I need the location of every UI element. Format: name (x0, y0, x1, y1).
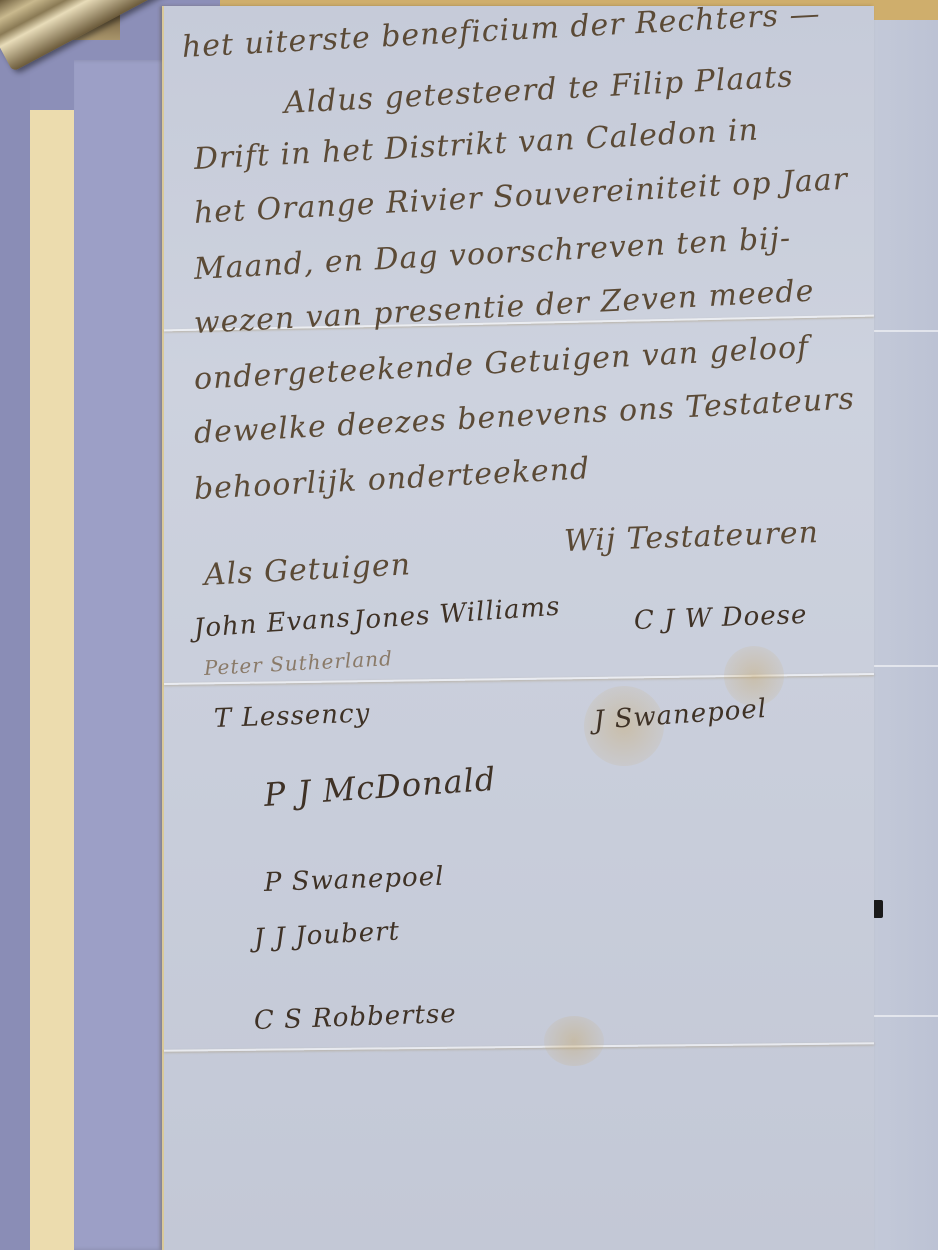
document-page: het uiterste beneficium der Rechters — A… (162, 6, 874, 1250)
body-line-6: wezen van presentie der Zeven meede (193, 274, 815, 341)
fold-line (164, 1042, 874, 1051)
signature-p-swanepoel: P Swanepoel (263, 862, 444, 898)
witnesses-heading: Als Getuigen (203, 547, 412, 593)
testators-heading: Wij Testateuren (563, 515, 819, 559)
signature-john-evans: John Evans (193, 603, 352, 644)
age-stain (544, 1016, 604, 1066)
body-line-1: het uiterste beneficium der Rechters — (181, 0, 821, 65)
signature-lessency: T Lessency (213, 699, 370, 734)
body-line-3: Drift in het Distrikt van Caledon in (193, 112, 760, 177)
body-line-7: ondergeteekende Getuigen van geloof (193, 330, 810, 397)
background-cream-board (30, 110, 78, 1250)
signature-mcdonald: P J McDonald (263, 760, 498, 814)
signature-jones-williams: Jones Williams (353, 592, 561, 636)
paper-tear (873, 900, 883, 918)
body-line-4: het Orange Rivier Souvereiniteit op Jaar (193, 162, 849, 231)
signature-peter-sutherland: Peter Sutherland (203, 646, 393, 680)
body-line-2: Aldus getesteerd te Filip Plaats (283, 59, 794, 121)
body-line-9: behoorlijk onderteekend (193, 451, 591, 507)
body-line-5: Maand, en Dag voorschreven ten bij- (193, 221, 792, 287)
signature-doese: C J W Doese (633, 600, 807, 636)
background-left-strip (0, 0, 30, 1250)
signature-joubert: J J Joubert (253, 916, 400, 954)
signature-robbertse: C S Robbertse (253, 999, 457, 1036)
